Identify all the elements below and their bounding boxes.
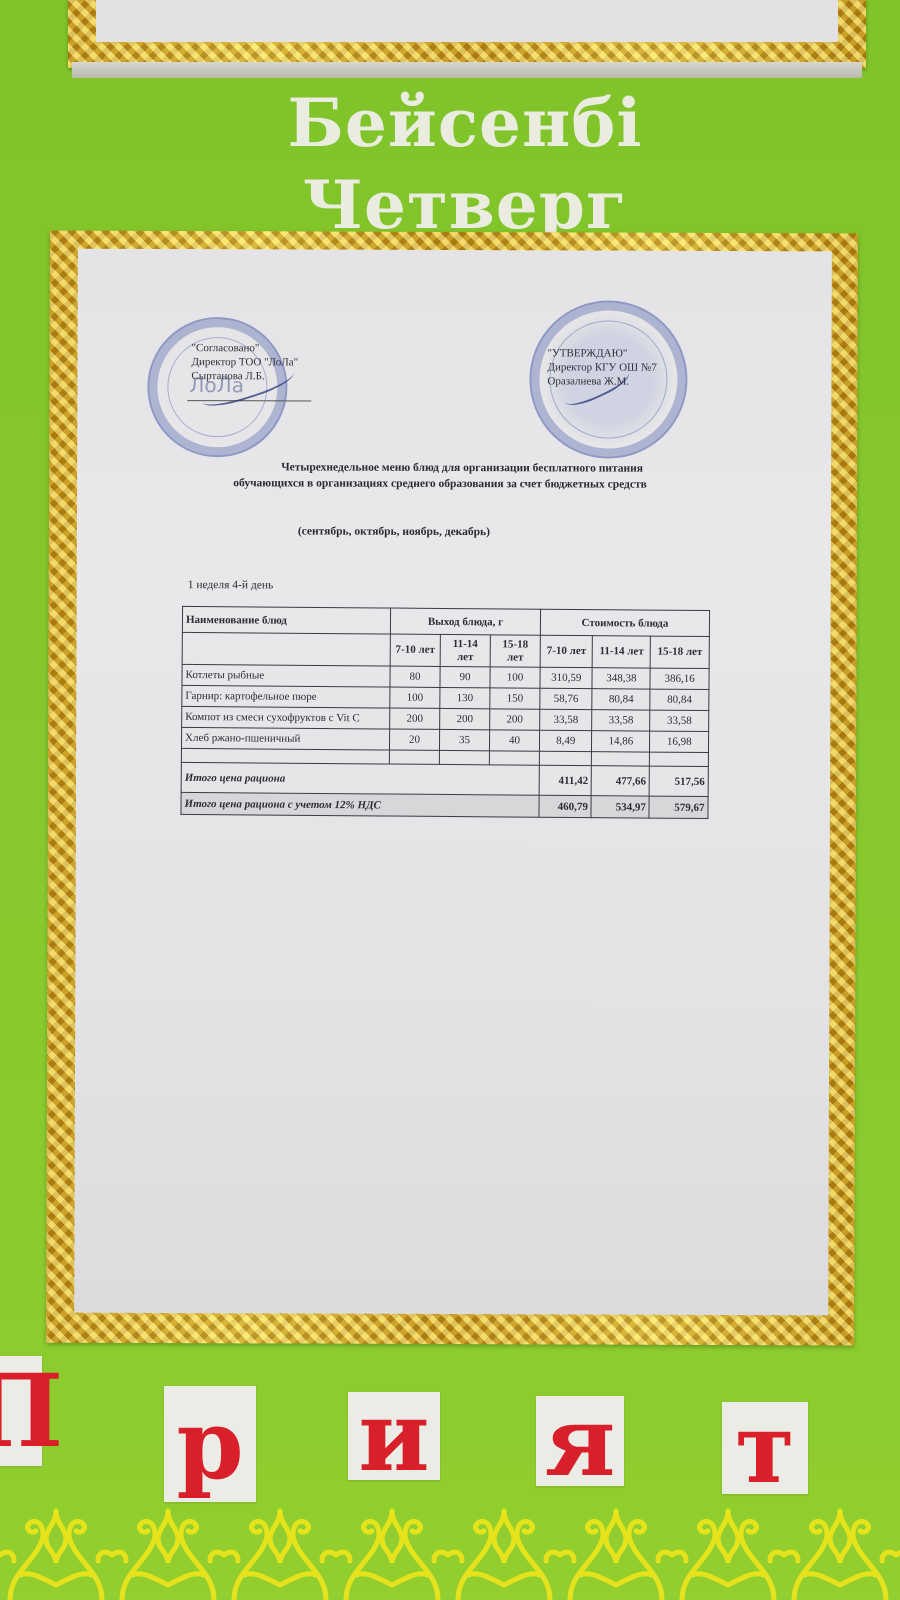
dish-output: 80 <box>390 666 440 687</box>
dish-cost: 33,58 <box>540 709 593 730</box>
dish-name: Котлеты рыбные <box>182 664 390 687</box>
top-frame-paper <box>96 0 838 42</box>
document-title-line1: Четырехнедельное меню блюд для организац… <box>85 460 839 478</box>
dish-output: 200 <box>390 708 440 729</box>
table-header-row: Наименование блюд Выход блюда, г Стоимос… <box>182 606 709 636</box>
ornament-pattern-icon <box>0 1505 900 1600</box>
age-output-15-18: 15-18 лет <box>490 635 540 667</box>
total-vat-15-18: 579,67 <box>649 796 708 818</box>
dish-output: 90 <box>440 666 490 687</box>
dish-output: 200 <box>440 708 490 729</box>
dish-output: 130 <box>440 687 490 708</box>
dish-output: 100 <box>390 687 440 708</box>
menu-document: ЛоЛа "Согласовано" Директор ТОО "ЛоЛа" С… <box>74 249 832 1316</box>
day-heading-kazakh: Бейсенбі <box>0 84 900 162</box>
dish-cost: 33,58 <box>592 710 650 731</box>
total-15-18: 517,56 <box>649 766 708 796</box>
dish-cost: 80,84 <box>650 689 709 710</box>
table-total-row: Итого цена рациона 411,42 477,66 517,56 <box>181 762 708 796</box>
table-total-vat-row: Итого цена рациона с учетом 12% НДС 460,… <box>181 792 708 818</box>
letter-tile: т <box>722 1402 808 1494</box>
letter-tile: П <box>0 1356 42 1466</box>
dish-cost: 8,49 <box>539 730 592 751</box>
dish-cost: 310,59 <box>540 667 593 688</box>
document-title-line2: обучающихся в организациях среднего обра… <box>63 476 817 494</box>
dish-output: 40 <box>489 730 539 751</box>
top-picture-frame <box>68 0 866 68</box>
header-dish-name: Наименование блюд <box>182 606 390 634</box>
age-cost-7-10: 7-10 лет <box>540 635 593 667</box>
age-output-11-14: 11-14 лет <box>440 634 490 666</box>
age-cost-11-14: 11-14 лет <box>593 636 651 668</box>
top-frame-shelf <box>72 62 862 78</box>
dish-cost: 33,58 <box>650 710 709 731</box>
week-day-label: 1 неделя 4-й день <box>188 579 274 591</box>
dish-name: Компот из смеси сухофруктов с Vit C <box>182 706 390 729</box>
dish-cost: 58,76 <box>540 688 593 709</box>
dish-cost: 16,98 <box>650 731 709 752</box>
total-7-10: 411,42 <box>539 765 592 795</box>
header-cost: Стоимость блюда <box>540 609 709 636</box>
dish-cost: 386,16 <box>650 668 709 689</box>
approval-left-heading: "Согласовано" <box>192 341 299 355</box>
table-age-row: 7-10 лет 11-14 лет 15-18 лет 7-10 лет 11… <box>182 632 709 668</box>
total-label: Итого цена рациона <box>181 762 539 795</box>
approval-right-heading: "УТВЕРЖДАЮ" <box>547 346 656 360</box>
letter-tile: и <box>348 1392 440 1480</box>
age-cost-15-18: 15-18 лет <box>650 636 709 668</box>
dish-output: 100 <box>490 667 540 688</box>
total-11-14: 477,66 <box>592 766 650 796</box>
document-months: (сентябрь, октябрь, ноябрь, декабрь) <box>17 523 771 541</box>
dish-output: 35 <box>439 729 489 750</box>
dish-cost: 348,38 <box>592 668 650 689</box>
dish-output: 150 <box>490 688 540 709</box>
dish-output: 20 <box>389 729 439 750</box>
dish-output: 200 <box>490 709 540 730</box>
header-output: Выход блюда, г <box>390 608 540 635</box>
total-vat-11-14: 534,97 <box>591 796 649 818</box>
dish-name: Гарнир: картофельное пюре <box>182 685 390 708</box>
menu-picture-frame: ЛоЛа "Согласовано" Директор ТОО "ЛоЛа" С… <box>46 231 858 1346</box>
letter-tile: р <box>164 1386 256 1502</box>
dish-cost: 14,86 <box>592 731 650 752</box>
letter-tile: я <box>536 1396 624 1486</box>
menu-table: Наименование блюд Выход блюда, г Стоимос… <box>180 606 710 819</box>
total-vat-label: Итого цена рациона с учетом 12% НДС <box>181 792 539 817</box>
dish-name: Хлеб ржано-пшеничный <box>181 727 389 750</box>
age-output-7-10: 7-10 лет <box>390 634 440 666</box>
total-vat-7-10: 460,79 <box>539 795 592 817</box>
dish-cost: 80,84 <box>592 689 650 710</box>
